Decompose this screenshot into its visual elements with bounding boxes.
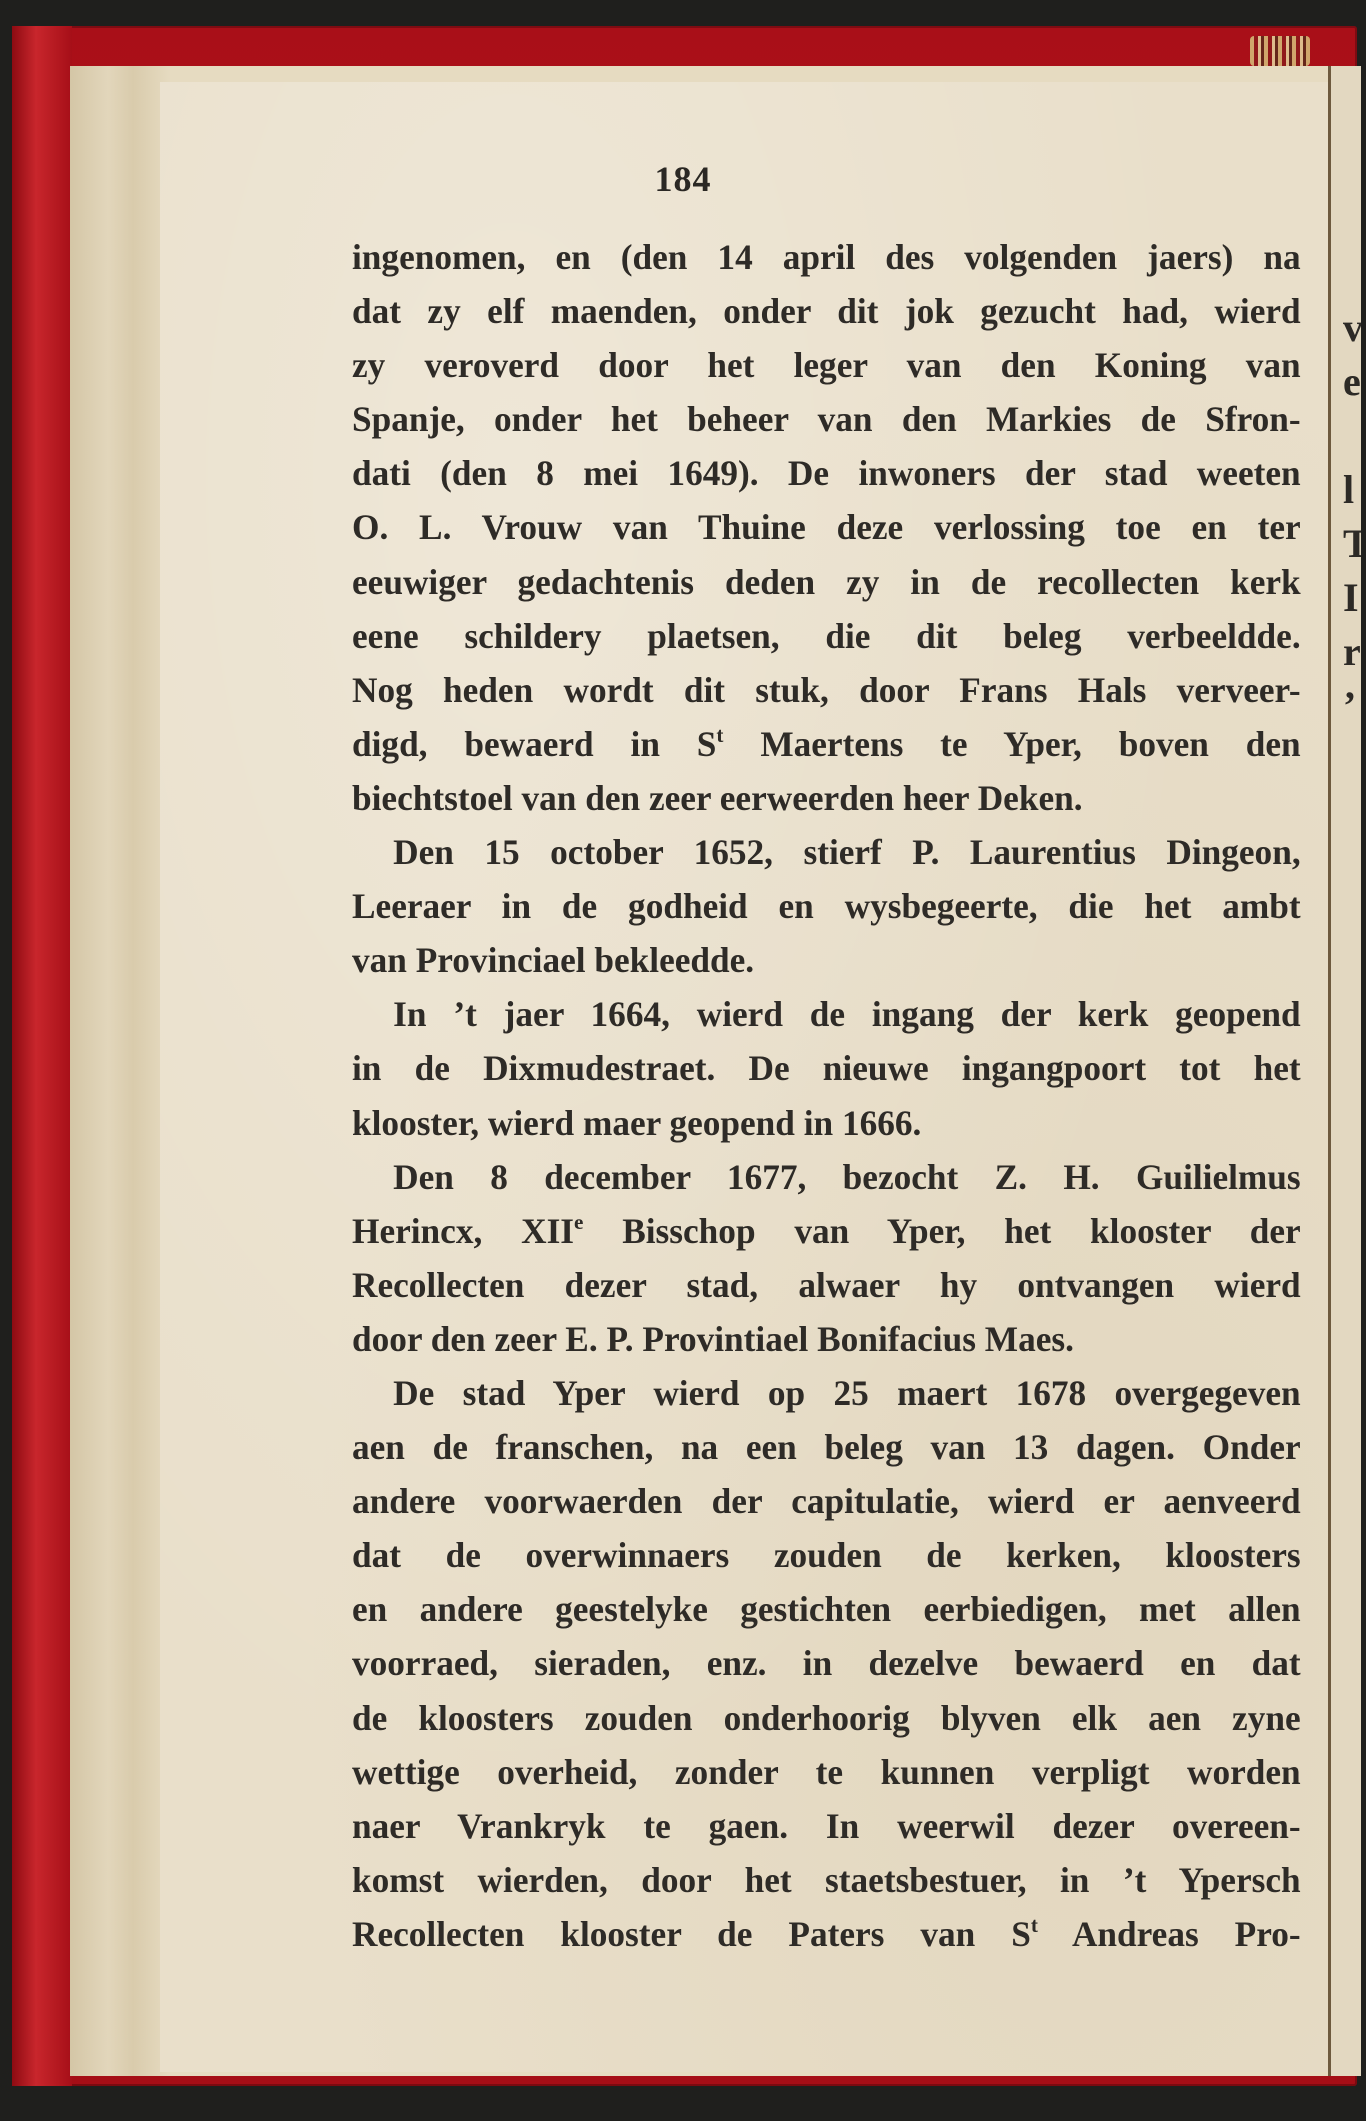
text-line: in de Dixmudestraet. De nieuwe ingangpoo… (352, 1041, 1301, 1095)
next-page-letter: e (1343, 358, 1361, 405)
text-line: aen de franschen, na een beleg van 13 da… (352, 1420, 1301, 1474)
text-line: digd, bewaerd in St Maertens te Yper, bo… (352, 717, 1301, 771)
text-line: door den zeer E. P. Provintiael Bonifaci… (352, 1312, 1301, 1366)
page-number: 184 (0, 158, 1366, 200)
text-line: wettige overheid, zonder te kunnen verpl… (352, 1745, 1301, 1799)
body-text: ingenomen, en (den 14 april des volgende… (352, 230, 1320, 1961)
text-line: Leeraer in de godheid en wysbegeerte, di… (352, 879, 1301, 933)
text-line: van Provinciael bekleedde. (352, 933, 1301, 987)
next-page-letter: ’ (1343, 682, 1356, 729)
text-line: Den 8 december 1677, bezocht Z. H. Guili… (352, 1150, 1301, 1204)
text-line: eeuwiger gedachtenis deden zy in de reco… (352, 555, 1301, 609)
text-line: In ’t jaer 1664, wierd de ingang der ker… (352, 987, 1301, 1041)
text-line: Recollecten klooster de Paters van St An… (352, 1907, 1301, 1961)
next-page-letter: v (1343, 304, 1361, 351)
text-line: Herincx, XIIe Bisschop van Yper, het klo… (352, 1204, 1301, 1258)
book-scan: velTIr’ 184 ingenomen, en (den 14 april … (0, 0, 1366, 2121)
text-line: O. L. Vrouw van Thuine deze verlossing t… (352, 500, 1301, 554)
text-line: eene schildery plaetsen, die dit beleg v… (352, 609, 1301, 663)
next-page-letter: T (1343, 520, 1361, 567)
text-line: andere voorwaerden der capitulatie, wier… (352, 1474, 1301, 1528)
text-line: klooster, wierd maer geopend in 1666. (352, 1096, 1301, 1150)
headband-decoration (1250, 36, 1310, 66)
text-line: Den 15 october 1652, stierf P. Laurentiu… (352, 825, 1301, 879)
text-line: Recollecten dezer stad, alwaer hy ontvan… (352, 1258, 1301, 1312)
text-line: Spanje, onder het beheer van den Markies… (352, 392, 1301, 446)
next-page-letter: I (1343, 574, 1359, 621)
text-line: biechtstoel van den zeer eerweerden heer… (352, 771, 1301, 825)
text-line: dati (den 8 mei 1649). De inwoners der s… (352, 446, 1301, 500)
text-line: naer Vrankryk te gaen. In weerwil dezer … (352, 1799, 1301, 1853)
next-page-letter: r (1343, 628, 1361, 675)
text-line: ingenomen, en (den 14 april des volgende… (352, 230, 1301, 284)
text-line: komst wierden, door het staetsbestuer, i… (352, 1853, 1301, 1907)
text-line: dat de overwinnaers zouden de kerken, kl… (352, 1528, 1301, 1582)
next-page-letter: l (1343, 466, 1354, 513)
text-line: De stad Yper wierd op 25 maert 1678 over… (352, 1366, 1301, 1420)
text-line: de kloosters zouden onderhoorig blyven e… (352, 1691, 1301, 1745)
text-line: en andere geestelyke gestichten eerbiedi… (352, 1582, 1301, 1636)
next-page-edge: velTIr’ (1331, 66, 1361, 2076)
text-line: zy veroverd door het leger van den Konin… (352, 338, 1301, 392)
text-line: voorraed, sieraden, enz. in dezelve bewa… (352, 1636, 1301, 1690)
cover-spine-edge (12, 26, 72, 2086)
text-line: dat zy elf maenden, onder dit jok gezuch… (352, 284, 1301, 338)
text-line: Nog heden wordt dit stuk, door Frans Hal… (352, 663, 1301, 717)
